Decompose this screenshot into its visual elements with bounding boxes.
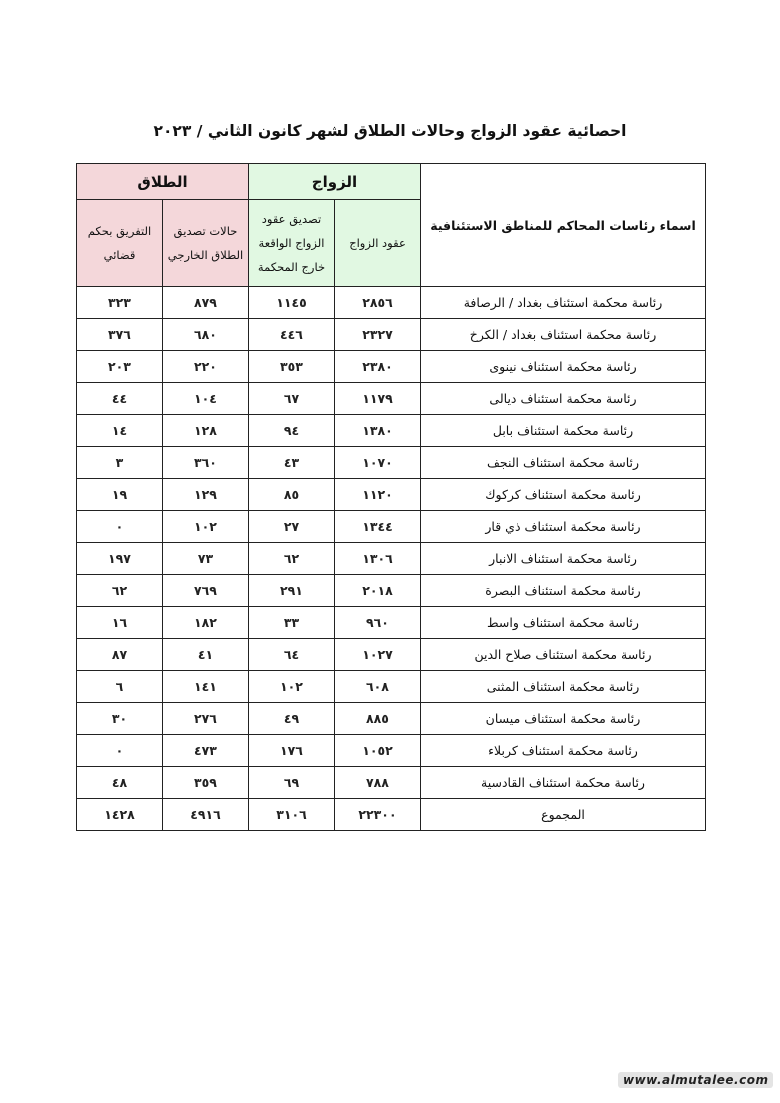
marriage-contracts-cell: ٧٨٨ (335, 767, 421, 799)
court-name-cell: رئاسة محكمة استئناف ذي قار (421, 511, 706, 543)
external-divorce-cell: ٣٦٠ (163, 447, 249, 479)
marriage-outside-court-cell: ٣٣ (249, 607, 335, 639)
table-row: ١٩٧٧٣٦٢١٣٠٦رئاسة محكمة استئناف الانبار (77, 543, 706, 575)
judicial-separation-cell: ٣٢٣ (77, 287, 163, 319)
judicial-separation-cell: ١٦ (77, 607, 163, 639)
external-divorce-cell: ١٢٩ (163, 479, 249, 511)
marriage-contracts-cell: ٢٨٥٦ (335, 287, 421, 319)
court-name-cell: رئاسة محكمة استئناف نينوى (421, 351, 706, 383)
table-row: ١٦١٨٢٣٣٩٦٠رئاسة محكمة استئناف واسط (77, 607, 706, 639)
external-divorce-cell: ١٢٨ (163, 415, 249, 447)
marriage-outside-court-cell: ٦٢ (249, 543, 335, 575)
marriage-contracts-cell: ١٠٥٢ (335, 735, 421, 767)
marriage-contracts-header: عقود الزواج (335, 200, 421, 287)
marriage-outside-court-cell: ٤٩ (249, 703, 335, 735)
external-divorce-cell: ٢٢٠ (163, 351, 249, 383)
external-divorce-cell: ٨٧٩ (163, 287, 249, 319)
table-row: ١٩١٢٩٨٥١١٢٠رئاسة محكمة استئناف كركوك (77, 479, 706, 511)
marriage-outside-court-cell: ٦٤ (249, 639, 335, 671)
marriage-outside-court-cell: ٩٤ (249, 415, 335, 447)
marriage-outside-court-cell: ٨٥ (249, 479, 335, 511)
judicial-separation-cell: ٢٠٣ (77, 351, 163, 383)
judicial-separation-cell: ٤٨ (77, 767, 163, 799)
marriage-contracts-cell: ١١٢٠ (335, 479, 421, 511)
external-divorce-cell: ١٠٢ (163, 511, 249, 543)
marriage-outside-court-cell: ١٠٢ (249, 671, 335, 703)
marriage-contracts-cell: ٢٣٨٠ (335, 351, 421, 383)
judicial-separation-cell: ١٩ (77, 479, 163, 511)
marriage-outside-court-cell: ١١٤٥ (249, 287, 335, 319)
judicial-separation-cell: ٠ (77, 511, 163, 543)
external-divorce-cell: ٣٥٩ (163, 767, 249, 799)
marriage-contracts-cell: ٢٣٢٧ (335, 319, 421, 351)
marriage-outside-court-cell: ٢٩١ (249, 575, 335, 607)
judicial-separation-cell: ٨٧ (77, 639, 163, 671)
marriage-contracts-cell: ٢٢٣٠٠ (335, 799, 421, 831)
court-name-cell: رئاسة محكمة استئناف القادسية (421, 767, 706, 799)
court-name-cell: رئاسة محكمة استئناف صلاح الدين (421, 639, 706, 671)
table-row: ١٤١٢٨٩٤١٣٨٠رئاسة محكمة استئناف بابل (77, 415, 706, 447)
marriage-contracts-cell: ١٣٨٠ (335, 415, 421, 447)
external-divorce-header: حالات تصديق الطلاق الخارجي (163, 200, 249, 287)
marriage-contracts-cell: ١٠٢٧ (335, 639, 421, 671)
external-divorce-cell: ١٨٢ (163, 607, 249, 639)
external-divorce-cell: ٧٦٩ (163, 575, 249, 607)
court-name-cell: رئاسة محكمة استئناف البصرة (421, 575, 706, 607)
judicial-separation-cell: ٦ (77, 671, 163, 703)
judicial-separation-cell: ١٤٢٨ (77, 799, 163, 831)
external-divorce-cell: ١٠٤ (163, 383, 249, 415)
marriage-outside-court-cell: ٦٧ (249, 383, 335, 415)
court-name-cell: رئاسة محكمة استئناف الانبار (421, 543, 706, 575)
court-name-cell: رئاسة محكمة استئناف بغداد / الكرخ (421, 319, 706, 351)
marriage-outside-court-cell: ٤٤٦ (249, 319, 335, 351)
court-name-cell: رئاسة محكمة استئناف كركوك (421, 479, 706, 511)
external-divorce-cell: ٦٨٠ (163, 319, 249, 351)
table-row: ٠١٠٢٢٧١٣٤٤رئاسة محكمة استئناف ذي قار (77, 511, 706, 543)
judicial-separation-cell: ١٤ (77, 415, 163, 447)
table-row: ٣٣٦٠٤٣١٠٧٠رئاسة محكمة استئناف النجف (77, 447, 706, 479)
judicial-separation-cell: ١٩٧ (77, 543, 163, 575)
external-divorce-cell: ١٤١ (163, 671, 249, 703)
table-row: ٨٧٤١٦٤١٠٢٧رئاسة محكمة استئناف صلاح الدين (77, 639, 706, 671)
table-row: ٣٠٢٧٦٤٩٨٨٥رئاسة محكمة استئناف ميسان (77, 703, 706, 735)
table-row: ٦١٤١١٠٢٦٠٨رئاسة محكمة استئناف المثنى (77, 671, 706, 703)
table-row: ٤٨٣٥٩٦٩٧٨٨رئاسة محكمة استئناف القادسية (77, 767, 706, 799)
judicial-separation-cell: ٣٧٦ (77, 319, 163, 351)
marriage-contracts-cell: ١٣٤٤ (335, 511, 421, 543)
court-name-cell: رئاسة محكمة استئناف بابل (421, 415, 706, 447)
table-row: ٣٧٦٦٨٠٤٤٦٢٣٢٧رئاسة محكمة استئناف بغداد /… (77, 319, 706, 351)
external-divorce-cell: ٢٧٦ (163, 703, 249, 735)
court-name-cell: رئاسة محكمة استئناف ميسان (421, 703, 706, 735)
court-name-cell: رئاسة محكمة استئناف النجف (421, 447, 706, 479)
judicial-separation-header: التفريق بحكم قضائي (77, 200, 163, 287)
table-row: ٣٢٣٨٧٩١١٤٥٢٨٥٦رئاسة محكمة استئناف بغداد … (77, 287, 706, 319)
external-divorce-cell: ٤١ (163, 639, 249, 671)
marriage-outside-court-header: تصديق عقود الزواج الواقعة خارج المحكمة (249, 200, 335, 287)
table-row: ٢٠٣٢٢٠٣٥٣٢٣٨٠رئاسة محكمة استئناف نينوى (77, 351, 706, 383)
judicial-separation-cell: ٣٠ (77, 703, 163, 735)
marriage-outside-court-cell: ٦٩ (249, 767, 335, 799)
court-name-cell: رئاسة محكمة استئناف ديالى (421, 383, 706, 415)
table-row: ٤٤١٠٤٦٧١١٧٩رئاسة محكمة استئناف ديالى (77, 383, 706, 415)
statistics-table: الطلاق الزواج اسماء رئاسات المحاكم للمنا… (76, 163, 706, 831)
marriage-group-header: الزواج (249, 164, 421, 200)
marriage-outside-court-cell: ٣١٠٦ (249, 799, 335, 831)
total-row: ١٤٢٨٤٩١٦٣١٠٦٢٢٣٠٠المجموع (77, 799, 706, 831)
total-label: المجموع (421, 799, 706, 831)
court-name-cell: رئاسة محكمة استئناف المثنى (421, 671, 706, 703)
judicial-separation-cell: ٠ (77, 735, 163, 767)
marriage-outside-court-cell: ٢٧ (249, 511, 335, 543)
website-watermark: www.almutalee.com (618, 1072, 773, 1088)
judicial-separation-cell: ٦٢ (77, 575, 163, 607)
marriage-contracts-cell: ١١٧٩ (335, 383, 421, 415)
court-name-header: اسماء رئاسات المحاكم للمناطق الاستئنافية (421, 164, 706, 287)
marriage-outside-court-cell: ٣٥٣ (249, 351, 335, 383)
marriage-contracts-cell: ٩٦٠ (335, 607, 421, 639)
court-name-cell: رئاسة محكمة استئناف بغداد / الرصافة (421, 287, 706, 319)
court-name-cell: رئاسة محكمة استئناف كربلاء (421, 735, 706, 767)
table-row: ٦٢٧٦٩٢٩١٢٠١٨رئاسة محكمة استئناف البصرة (77, 575, 706, 607)
marriage-contracts-cell: ١٣٠٦ (335, 543, 421, 575)
marriage-contracts-cell: ٨٨٥ (335, 703, 421, 735)
judicial-separation-cell: ٤٤ (77, 383, 163, 415)
court-name-cell: رئاسة محكمة استئناف واسط (421, 607, 706, 639)
marriage-contracts-cell: ٢٠١٨ (335, 575, 421, 607)
table-row: ٠٤٧٣١٧٦١٠٥٢رئاسة محكمة استئناف كربلاء (77, 735, 706, 767)
external-divorce-cell: ٤٩١٦ (163, 799, 249, 831)
external-divorce-cell: ٤٧٣ (163, 735, 249, 767)
divorce-group-header: الطلاق (77, 164, 249, 200)
document-title: احصائية عقود الزواج وحالات الطلاق لشهر ك… (120, 122, 660, 140)
marriage-contracts-cell: ٦٠٨ (335, 671, 421, 703)
external-divorce-cell: ٧٣ (163, 543, 249, 575)
marriage-contracts-cell: ١٠٧٠ (335, 447, 421, 479)
marriage-outside-court-cell: ٤٣ (249, 447, 335, 479)
judicial-separation-cell: ٣ (77, 447, 163, 479)
marriage-outside-court-cell: ١٧٦ (249, 735, 335, 767)
